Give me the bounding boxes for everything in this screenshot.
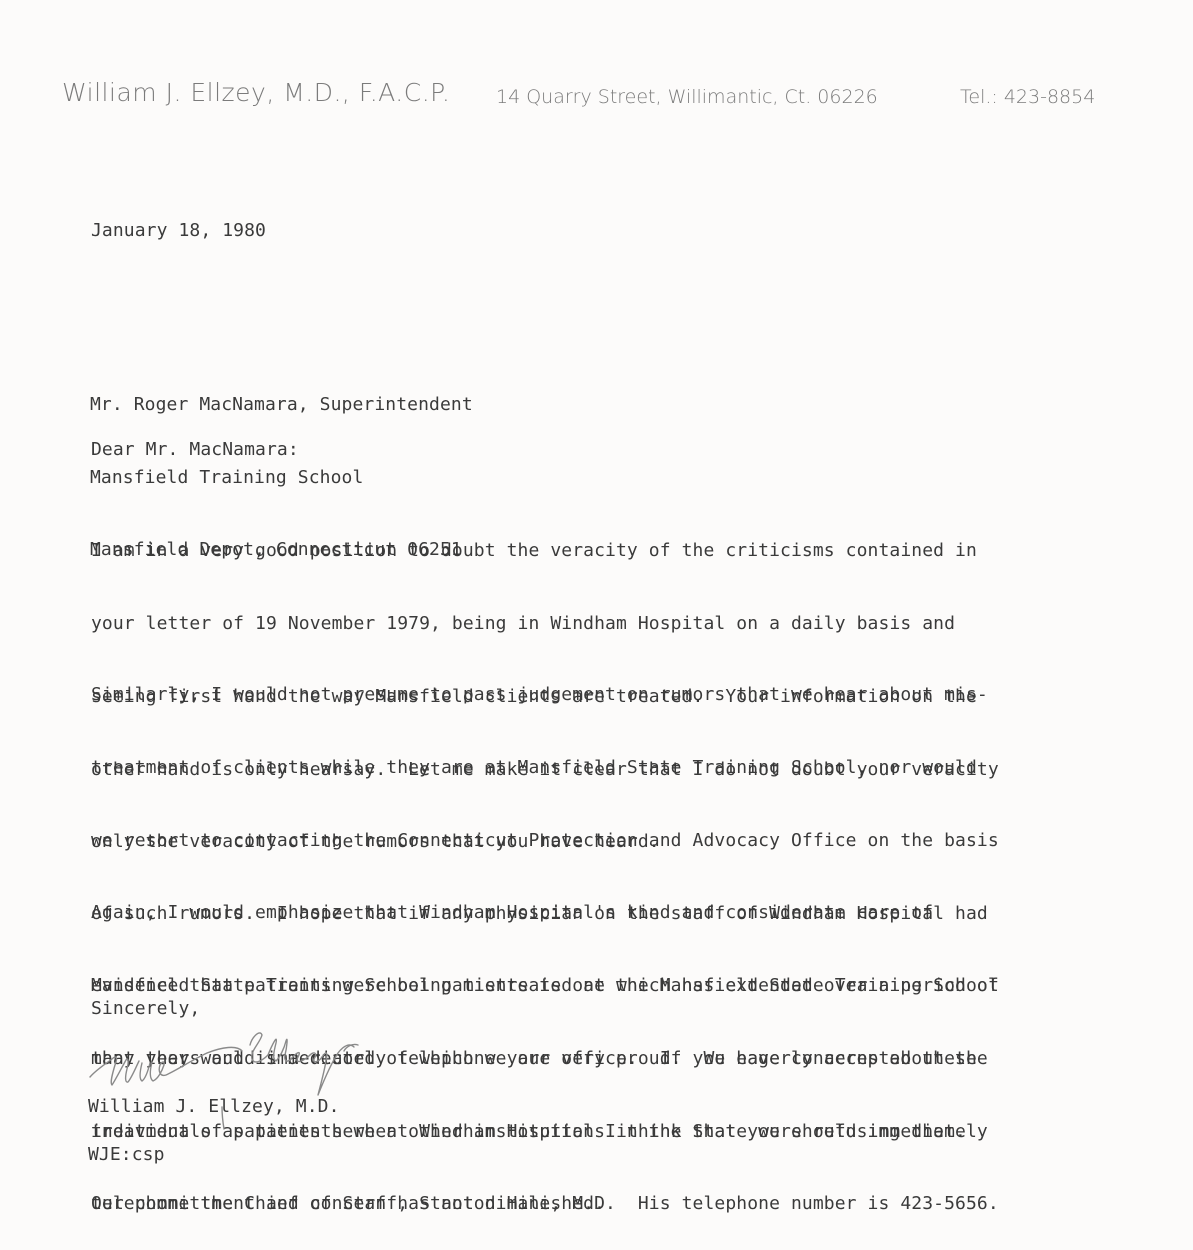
letterhead: William J. Ellzey, M.D., F.A.C.P. 14 Qua… xyxy=(62,78,1132,118)
recipient-line: Mansfield Training School xyxy=(90,466,473,490)
paragraph-line: Again, I would emphasize that Windham Ho… xyxy=(91,901,999,925)
letterhead-name: William J. Ellzey, M.D., F.A.C.P. xyxy=(62,78,450,107)
recipient-line: Mr. Roger MacNamara, Superintendent xyxy=(90,393,473,417)
paragraph-line: Similarly, I would not presume to pass j… xyxy=(91,683,999,707)
signature-icon xyxy=(82,1015,382,1140)
reference-initials: WJE:csp xyxy=(88,1143,165,1167)
paragraph-line: Mansfield State Training School patients… xyxy=(91,974,999,998)
letter-date: January 18, 1980 xyxy=(91,219,266,243)
paragraph-line: your letter of 19 November 1979, being i… xyxy=(91,612,999,636)
salutation: Dear Mr. MacNamara: xyxy=(91,438,299,462)
paragraph-line: I am in a very good position to doubt th… xyxy=(91,539,999,563)
paragraph-line: Our committment and concern has not dimi… xyxy=(91,1192,999,1216)
paragraph-line: treatment of clients while they are at M… xyxy=(91,756,999,780)
letterhead-telephone: Tel.: 423-8854 xyxy=(960,86,1095,108)
signer-name: William J. Ellzey, M.D. xyxy=(88,1095,340,1119)
paragraph-line: we resort to contacting the Connecticut … xyxy=(91,829,999,853)
letterhead-address: 14 Quarry Street, Willimantic, Ct. 06226 xyxy=(496,86,878,108)
